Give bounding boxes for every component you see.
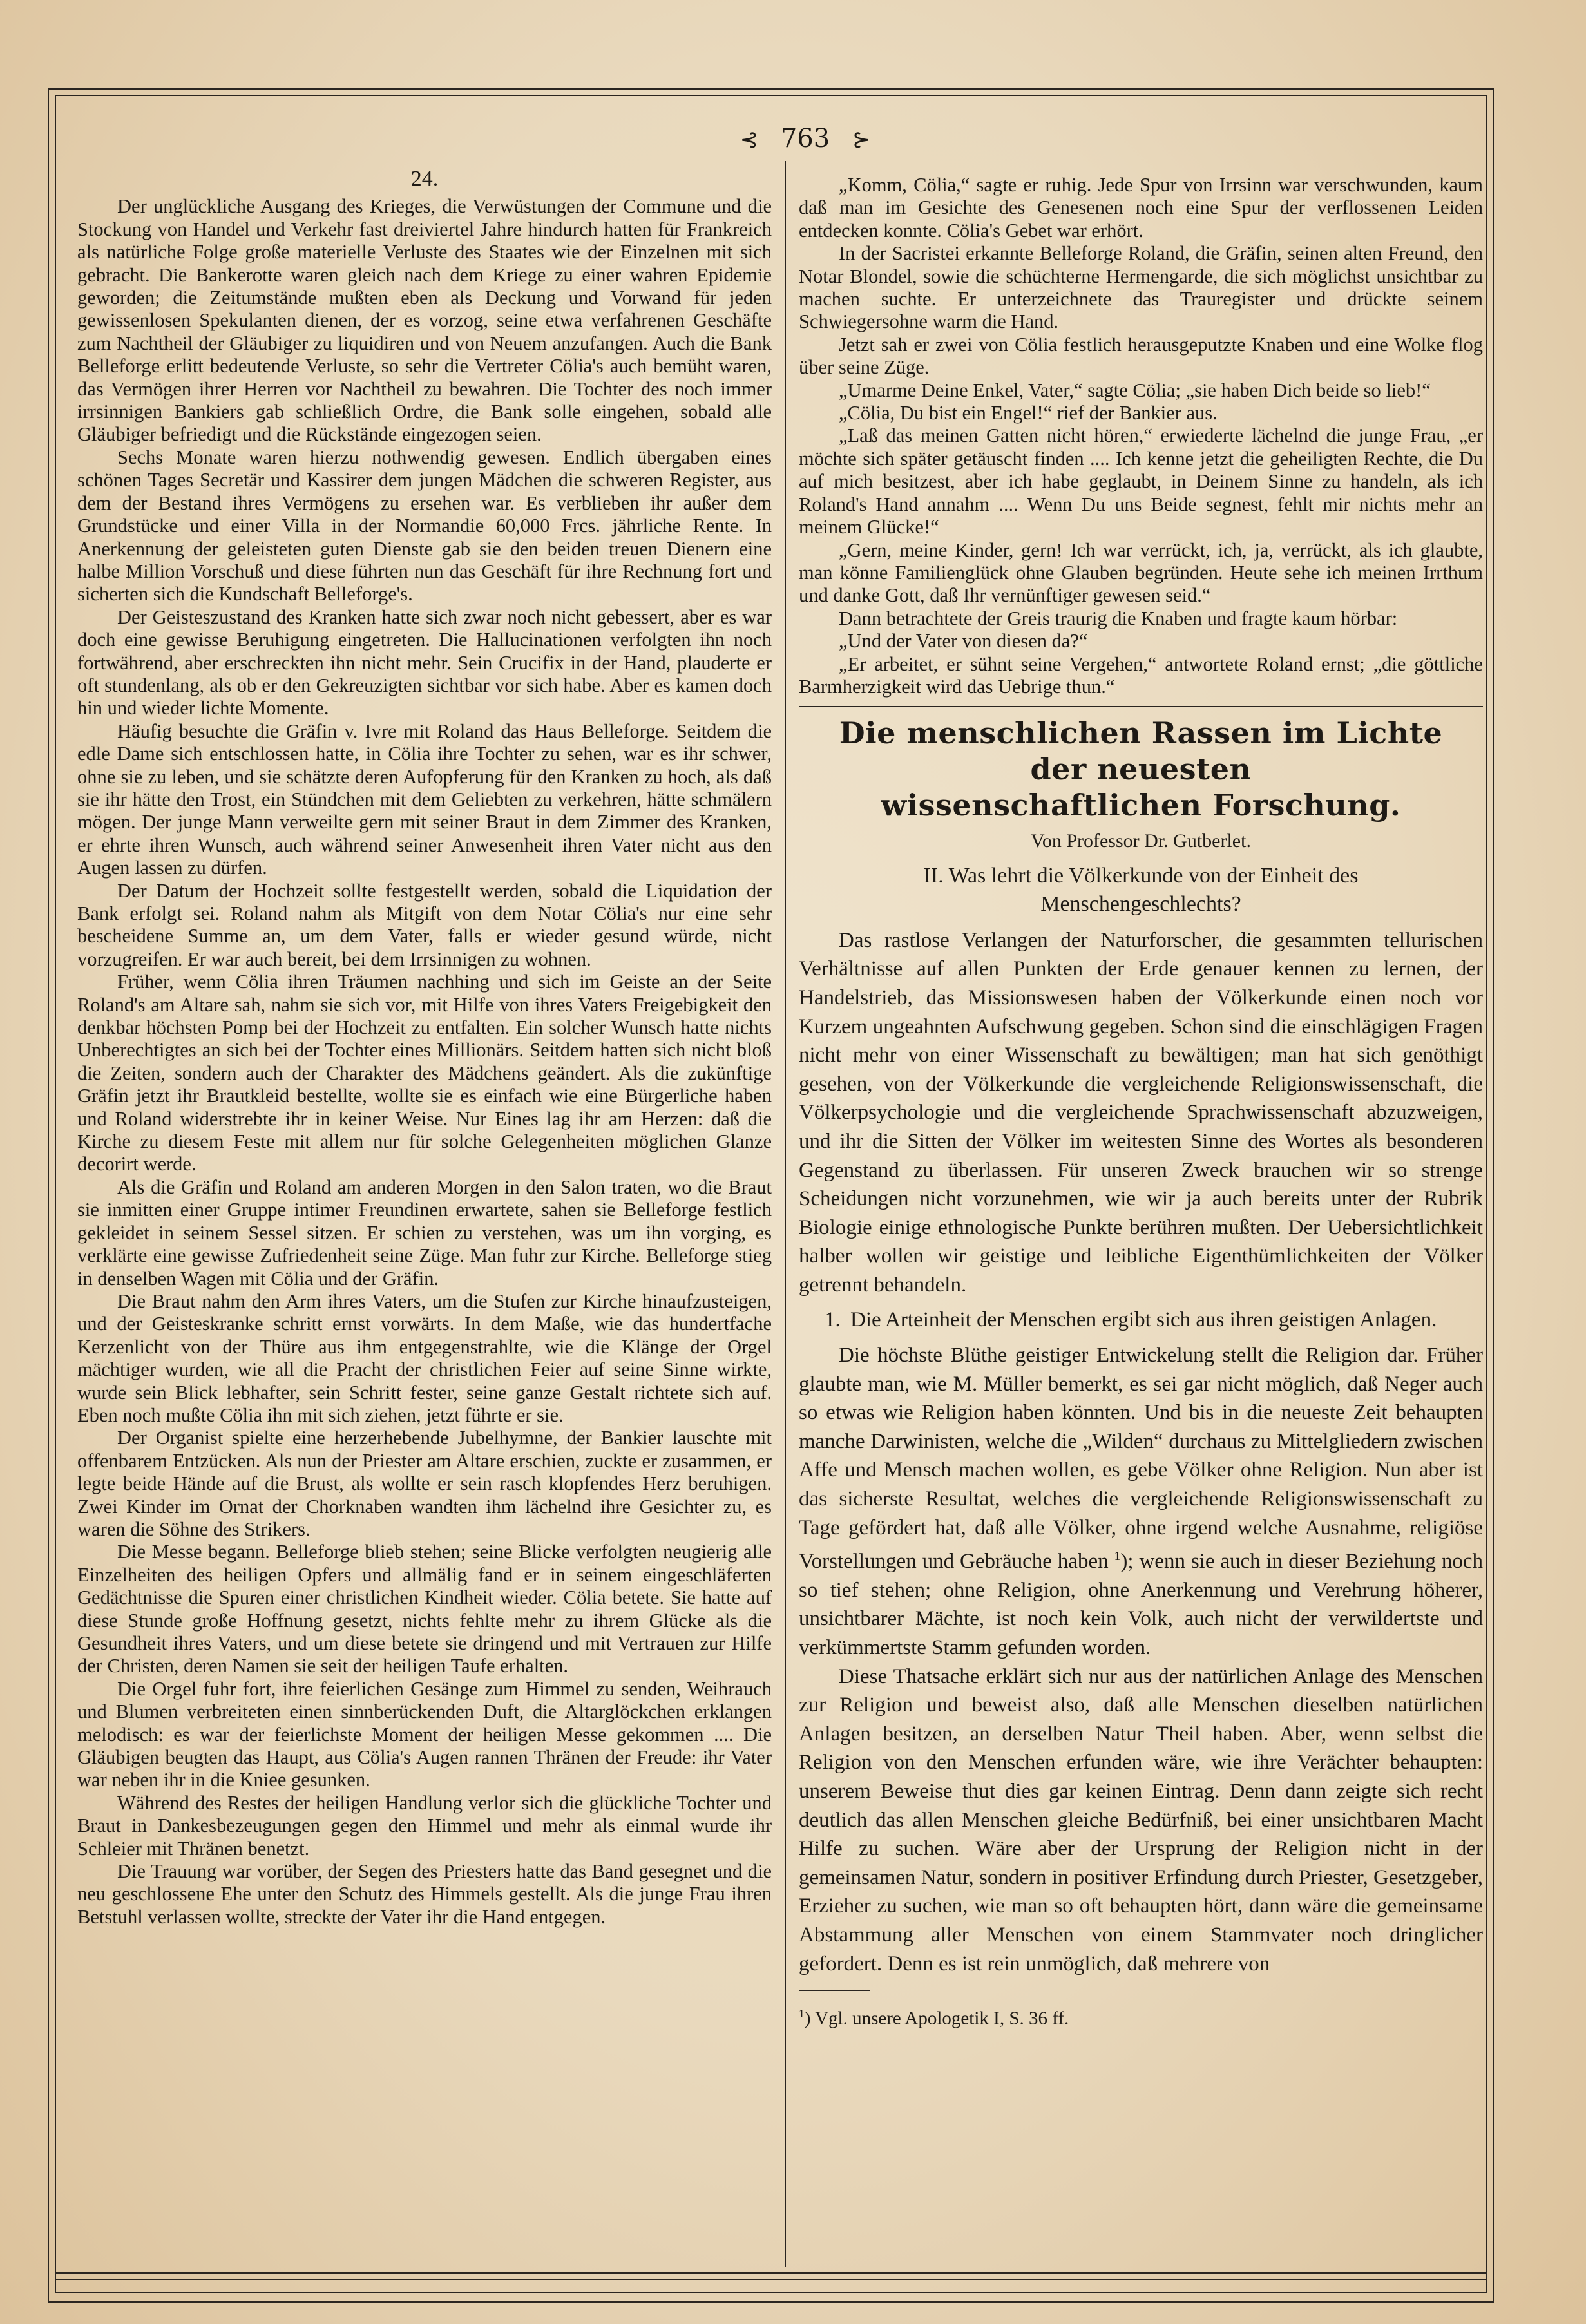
paragraph: „Er arbeitet, er sühnt seine Vergehen,“ … <box>799 653 1483 699</box>
ornament-left-icon: ⊰ <box>740 127 759 153</box>
paragraph: „Umarme Deine Enkel, Vater,“ sagte Cölia… <box>799 379 1483 402</box>
paragraph: Dann betrachtete der Greis traurig die K… <box>799 607 1483 630</box>
left-column: 24. Der unglückliche Ausgang des Krieges… <box>77 167 772 1929</box>
paragraph: „Cölia, Du bist ein Engel!“ rief der Ban… <box>799 402 1483 424</box>
paragraph: Der Organist spielte eine herzerhebende … <box>77 1427 772 1541</box>
paragraph: Der unglückliche Ausgang des Krieges, di… <box>77 195 772 446</box>
paragraph: Das rastlose Verlangen der Naturforscher… <box>799 926 1483 1300</box>
footnote-text: ) Vgl. unsere Apologetik I, S. 36 ff. <box>805 2008 1069 2029</box>
paragraph: Die Braut nahm den Arm ihres Vaters, um … <box>77 1290 772 1427</box>
page-number: 763 <box>781 124 830 153</box>
article-title: Die menschlichen Rassen im Lichte der ne… <box>812 715 1470 823</box>
paragraph: „Komm, Cölia,“ sagte er ruhig. Jede Spur… <box>799 174 1483 242</box>
paragraph: Früher, wenn Cölia ihren Träumen nachhin… <box>77 971 772 1176</box>
ornament-right-icon: ⊱ <box>852 127 871 153</box>
right-column: „Komm, Cölia,“ sagte er ruhig. Jede Spur… <box>799 174 1483 2030</box>
column-divider <box>785 161 786 2267</box>
paragraph: Der Geisteszustand des Kranken hatte sic… <box>77 606 772 720</box>
article-title-line: Die menschlichen Rassen im Lichte der ne… <box>812 715 1470 787</box>
paragraph: „Gern, meine Kinder, gern! Ich war verrü… <box>799 539 1483 607</box>
point-text: Die Arteinheit der Menschen ergibt sich … <box>850 1308 1437 1331</box>
footnote-marker: 1 <box>799 2007 805 2020</box>
paragraph: Die Orgel fuhr fort, ihre feierlichen Ge… <box>77 1678 772 1792</box>
section-heading-line: Menschengeschlechts? <box>825 890 1457 919</box>
point-number: 1. <box>825 1306 841 1335</box>
article-divider <box>799 706 1483 707</box>
paragraph: Während des Restes der heiligen Handlung… <box>77 1792 772 1860</box>
footnote-reference[interactable]: 1 <box>1114 1549 1121 1563</box>
numbered-point: 1. Die Arteinheit der Menschen ergibt si… <box>799 1306 1483 1335</box>
story-continuation: „Komm, Cölia,“ sagte er ruhig. Jede Spur… <box>799 174 1483 698</box>
paragraph: Die höchste Blüthe geistiger Entwickelun… <box>799 1341 1483 1662</box>
article-byline: Von Professor Dr. Gutberlet. <box>799 830 1483 852</box>
paragraph: Als die Gräfin und Roland am anderen Mor… <box>77 1176 772 1290</box>
footnote-rule <box>799 1990 870 1991</box>
paragraph: „Laß das meinen Gatten nicht hören,“ erw… <box>799 424 1483 538</box>
paragraph: Jetzt sah er zwei von Cölia festlich her… <box>799 334 1483 379</box>
article-body: Das rastlose Verlangen der Naturforscher… <box>799 926 1483 1978</box>
section-heading-line: II. Was lehrt die Völkerkunde von der Ei… <box>825 862 1457 890</box>
section-heading: II. Was lehrt die Völkerkunde von der Ei… <box>825 862 1457 919</box>
paragraph: Diese Thatsache erklärt sich nur aus der… <box>799 1662 1483 1979</box>
paragraph-text: Die höchste Blüthe geistiger Entwickelun… <box>799 1344 1483 1573</box>
article-title-line: wissenschaftlichen Forschung. <box>812 787 1470 823</box>
paragraph: Häufig besuchte die Gräfin v. Ivre mit R… <box>77 720 772 880</box>
paragraph: In der Sacristei erkannte Belleforge Rol… <box>799 242 1483 334</box>
paragraph: Die Trauung war vorüber, der Segen des P… <box>77 1860 772 1929</box>
bottom-double-rule <box>55 2272 1487 2280</box>
paragraph: Die Messe begann. Belleforge blieb stehe… <box>77 1541 772 1677</box>
column-divider-thin <box>790 161 790 2267</box>
paragraph: Der Datum der Hochzeit sollte festgestel… <box>77 880 772 971</box>
paragraph: Sechs Monate waren hierzu nothwendig gew… <box>77 446 772 606</box>
page-header: ⊰ 763 ⊱ <box>709 124 902 153</box>
paragraph: „Und der Vater von diesen da?“ <box>799 630 1483 652</box>
chapter-number: 24. <box>77 167 772 190</box>
footnote: 1) Vgl. unsere Apologetik I, S. 36 ff. <box>799 2003 1483 2030</box>
